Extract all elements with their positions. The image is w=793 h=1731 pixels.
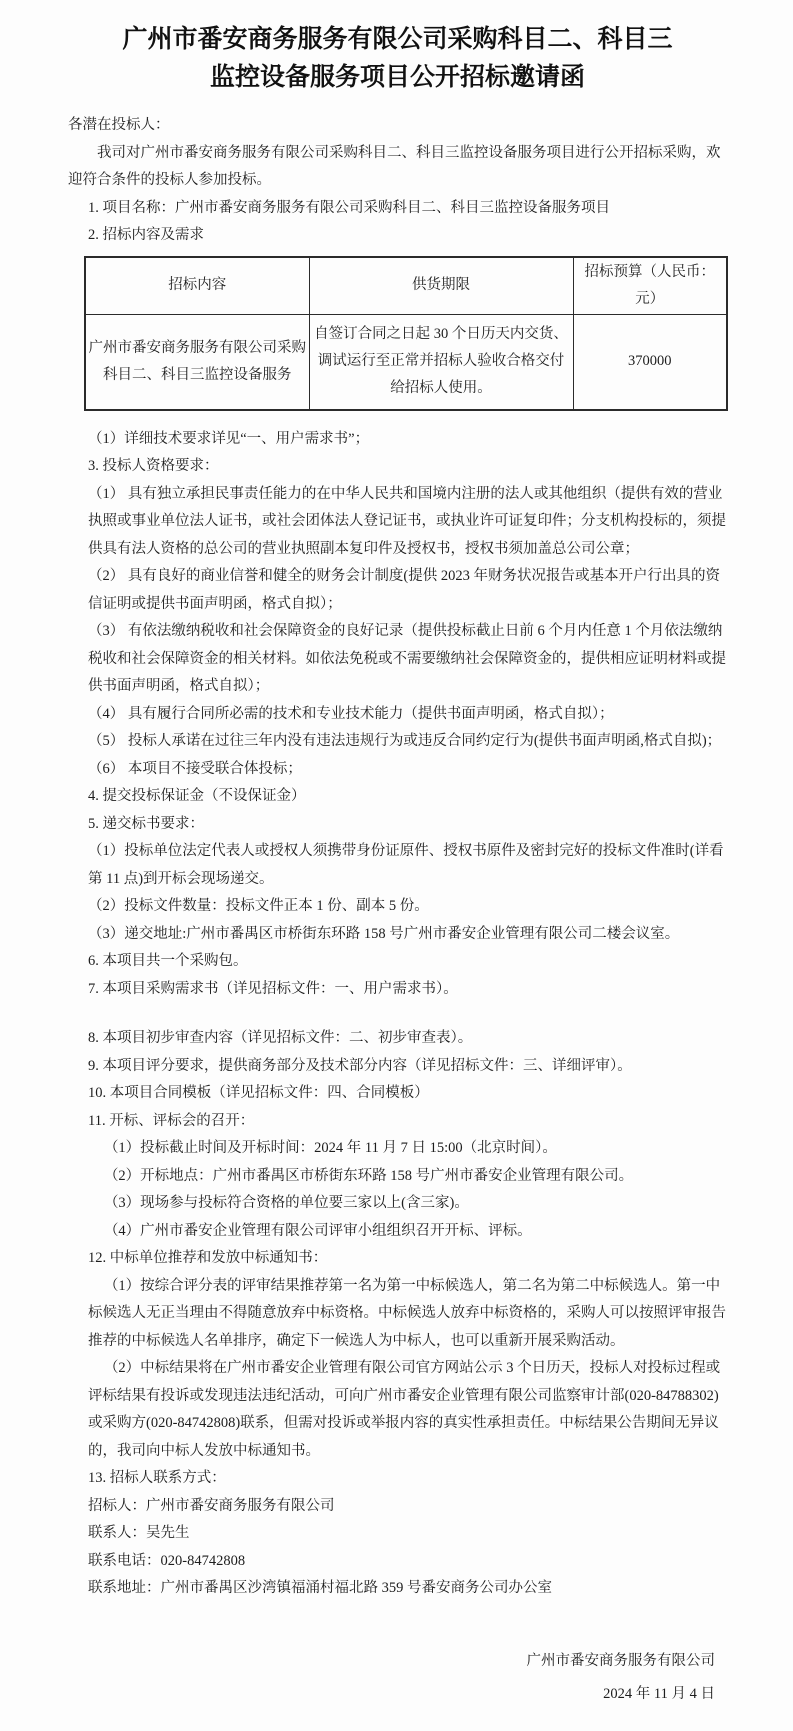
salutation: 各潜在投标人： xyxy=(68,112,727,140)
signature-date: 2024 年 11 月 4 日 xyxy=(68,1678,715,1711)
document-title: 广州市番安商务服务有限公司采购科目二、科目三 监控设备服务项目公开招标邀请函 xyxy=(68,20,727,96)
document-title-line2: 监控设备服务项目公开招标邀请函 xyxy=(68,58,727,96)
item-10-contract-template: 10. 本项目合同模板（详见招标文件：四、合同模板） xyxy=(88,1080,727,1108)
bid-table-cell-content: 广州市番安商务服务有限公司采购科目二、科目三监控设备服务 xyxy=(85,314,309,410)
opening-1-deadline: （1）投标截止时间及开标时间：2024 年 11 月 7 日 15:00（北京时… xyxy=(88,1135,727,1163)
submission-3: （3）递交地址:广州市番禺区市桥街东环路 158 号广州市番安企业管理有限公司二… xyxy=(88,921,727,949)
qualification-5: （5） 投标人承诺在过往三年内没有违法违规行为或违反合同约定行为(提供书面声明函… xyxy=(88,728,727,756)
contact-person: 联系人：吴先生 xyxy=(88,1520,727,1548)
item-4-deposit: 4. 提交投标保证金（不设保证金） xyxy=(88,783,727,811)
bid-table-cell-budget: 370000 xyxy=(573,314,727,410)
item-tech-requirements: （1）详细技术要求详见“一、用户需求书”； xyxy=(88,426,727,454)
bid-table-header-delivery: 供货期限 xyxy=(309,257,573,315)
item-9-scoring: 9. 本项目评分要求，提供商务部分及技术部分内容（详见招标文件：三、详细评审）。 xyxy=(88,1053,727,1081)
contact-address: 联系地址：广州市番禺区沙湾镇福涌村福北路 359 号番安商务公司办公室 xyxy=(88,1575,727,1603)
blank-line xyxy=(68,1003,727,1025)
submission-2: （2）投标文件数量：投标文件正本 1 份、副本 5 份。 xyxy=(88,893,727,921)
table-row: 广州市番安商务服务有限公司采购科目二、科目三监控设备服务 自签订合同之日起 30… xyxy=(85,314,727,410)
item-11-bid-opening: 11. 开标、评标会的召开： xyxy=(88,1108,727,1136)
award-1-candidates: （1）按综合评分表的评审结果推荐第一名为第一中标候选人，第二名为第二中标候选人。… xyxy=(88,1273,727,1356)
qualification-3: （3） 有依法缴纳税收和社会保障资金的良好记录（提供投标截止日前 6 个月内任意… xyxy=(88,618,727,701)
item-12-award-notice: 12. 中标单位推荐和发放中标通知书： xyxy=(88,1245,727,1273)
qualification-2: （2） 具有良好的商业信誉和健全的财务会计制度(提供 2023 年财务状况报告或… xyxy=(88,563,727,618)
bid-table: 招标内容 供货期限 招标预算（人民币：元） 广州市番安商务服务有限公司采购科目二… xyxy=(84,256,728,411)
item-7-requirements-doc: 7. 本项目采购需求书（详见招标文件：一、用户需求书）。 xyxy=(88,976,727,1004)
opening-2-location: （2）开标地点：广州市番禺区市桥街东环路 158 号广州市番安企业管理有限公司。 xyxy=(88,1163,727,1191)
item-5-submission: 5. 递交标书要求： xyxy=(88,811,727,839)
item-1-project-name: 1. 项目名称：广州市番安商务服务有限公司采购科目二、科目三监控设备服务项目 xyxy=(88,195,727,223)
opening-4-review-group: （4）广州市番安企业管理有限公司评审小组组织召开开标、评标。 xyxy=(88,1218,727,1246)
qualification-4: （4） 具有履行合同所必需的技术和专业技术能力（提供书面声明函，格式自拟）； xyxy=(88,701,727,729)
intro-paragraph: 我司对广州市番安商务服务有限公司采购科目二、科目三监控设备服务项目进行公开招标采… xyxy=(68,140,727,195)
bid-table-header-content: 招标内容 xyxy=(85,257,309,315)
opening-3-minimum-bidders: （3）现场参与投标符合资格的单位要三家以上(含三家)。 xyxy=(88,1190,727,1218)
bid-table-cell-delivery: 自签订合同之日起 30 个日历天内交货、调试运行至正常并招标人验收合格交付给招标… xyxy=(309,314,573,410)
award-2-publicity: （2）中标结果将在广州市番安企业管理有限公司官方网站公示 3 个日历天，投标人对… xyxy=(88,1355,727,1465)
document-page: 广州市番安商务服务有限公司采购科目二、科目三 监控设备服务项目公开招标邀请函 各… xyxy=(0,0,793,1731)
bid-table-header-row: 招标内容 供货期限 招标预算（人民币：元） xyxy=(85,257,727,315)
item-8-preliminary-review: 8. 本项目初步审查内容（详见招标文件：二、初步审查表）。 xyxy=(88,1025,727,1053)
signature-company: 广州市番安商务服务有限公司 xyxy=(68,1645,715,1678)
document-title-line1: 广州市番安商务服务有限公司采购科目二、科目三 xyxy=(68,20,727,58)
contact-phone: 联系电话：020-84742808 xyxy=(88,1548,727,1576)
qualification-6: （6） 本项目不接受联合体投标； xyxy=(88,756,727,784)
item-3-qualifications: 3. 投标人资格要求： xyxy=(88,453,727,481)
item-2-bid-content: 2. 招标内容及需求 xyxy=(88,222,727,250)
item-13-contact: 13. 招标人联系方式： xyxy=(88,1465,727,1493)
bid-table-header-budget: 招标预算（人民币：元） xyxy=(573,257,727,315)
item-6-package: 6. 本项目共一个采购包。 xyxy=(88,948,727,976)
qualification-1: （1） 具有独立承担民事责任能力的在中华人民共和国境内注册的法人或其他组织（提供… xyxy=(88,481,727,564)
submission-1: （1）投标单位法定代表人或授权人须携带身份证原件、授权书原件及密封完好的投标文件… xyxy=(88,838,727,893)
contact-tenderer: 招标人：广州市番安商务服务有限公司 xyxy=(88,1493,727,1521)
signature-block: 广州市番安商务服务有限公司 2024 年 11 月 4 日 xyxy=(68,1645,727,1711)
